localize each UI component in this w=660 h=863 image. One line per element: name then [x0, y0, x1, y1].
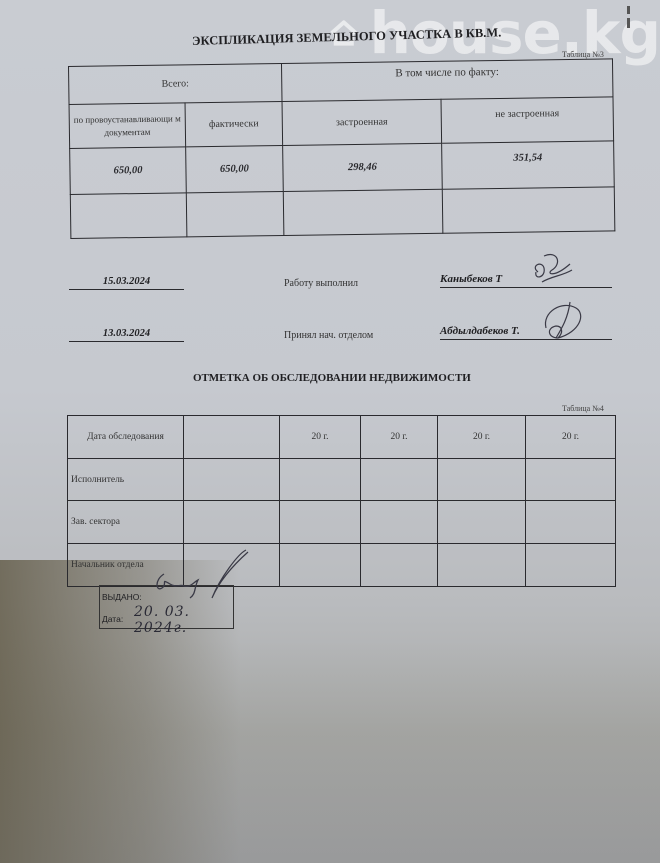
role-label: Принял нач. отделом [284, 330, 373, 341]
cell: 650,00 [70, 147, 187, 195]
row-label: Зав. сектора [68, 501, 184, 544]
signature-icon [150, 570, 220, 600]
cell: Дата обследования [68, 416, 184, 459]
column-header: не застроенная [441, 97, 614, 143]
column-header: застроенная [282, 99, 442, 145]
table-row [70, 187, 615, 239]
cell [526, 501, 616, 544]
cell [526, 459, 616, 501]
table-4-label: Таблица №4 [562, 404, 604, 413]
table-row: Зав. сектора [68, 501, 616, 544]
cell [438, 459, 526, 501]
header-total: Всего: [69, 64, 283, 105]
cell [184, 416, 280, 459]
signature-icon [528, 252, 578, 292]
cell [280, 501, 361, 544]
cell [184, 459, 280, 501]
cell [280, 459, 361, 501]
cell: 20 г. [438, 416, 526, 459]
column-header: по провоустанавливающи м документам [69, 103, 186, 149]
cell [361, 501, 438, 544]
date-accepted: 13.03.2024 [69, 328, 184, 342]
cell [442, 187, 615, 233]
cell [186, 192, 284, 237]
date-label: Дата: [102, 614, 123, 624]
cell: 650,00 [186, 146, 284, 193]
issued-date: 20. 03. 2024г. [134, 604, 233, 636]
cell [361, 459, 438, 501]
date-completed: 15.03.2024 [69, 276, 184, 290]
cell [280, 544, 361, 587]
issued-label: ВЫДАНО: [102, 592, 142, 602]
role-label: Работу выполнил [284, 278, 358, 289]
cell [361, 544, 438, 587]
cell [438, 501, 526, 544]
cell [283, 189, 443, 235]
cell [438, 544, 526, 587]
header-including: В том числе по факту: [281, 59, 612, 102]
issued-stamp: ВЫДАНО: Дата: 20. 03. 2024г. [99, 585, 234, 629]
clip-mark [627, 6, 630, 14]
cell: 20 г. [526, 416, 616, 459]
cell: 298,46 [283, 143, 443, 191]
column-header: фактически [185, 102, 283, 147]
inspection-table: Дата обследования 20 г. 20 г. 20 г. 20 г… [67, 415, 616, 587]
table-row: Дата обследования 20 г. 20 г. 20 г. 20 г… [68, 416, 616, 459]
signature-icon [540, 298, 590, 346]
inspection-title: ОТМЕТКА ОБ ОБСЛЕДОВАНИИ НЕДВИЖИМОСТИ [193, 372, 471, 384]
photo-shadow-bottom [0, 640, 660, 863]
row-label: Исполнитель [68, 459, 184, 501]
cell: 20 г. [280, 416, 361, 459]
cell: 351,54 [442, 141, 615, 189]
explication-table: Всего: В том числе по факту: по провоуст… [68, 58, 615, 239]
clip-mark [627, 18, 630, 28]
cell [184, 501, 280, 544]
cell: 20 г. [361, 416, 438, 459]
table-row: 650,00 650,00 298,46 351,54 [70, 141, 615, 195]
table-row: Исполнитель [68, 459, 616, 501]
cell [526, 544, 616, 587]
cell [70, 193, 187, 239]
signer-name: Каныбеков Т [440, 273, 612, 288]
